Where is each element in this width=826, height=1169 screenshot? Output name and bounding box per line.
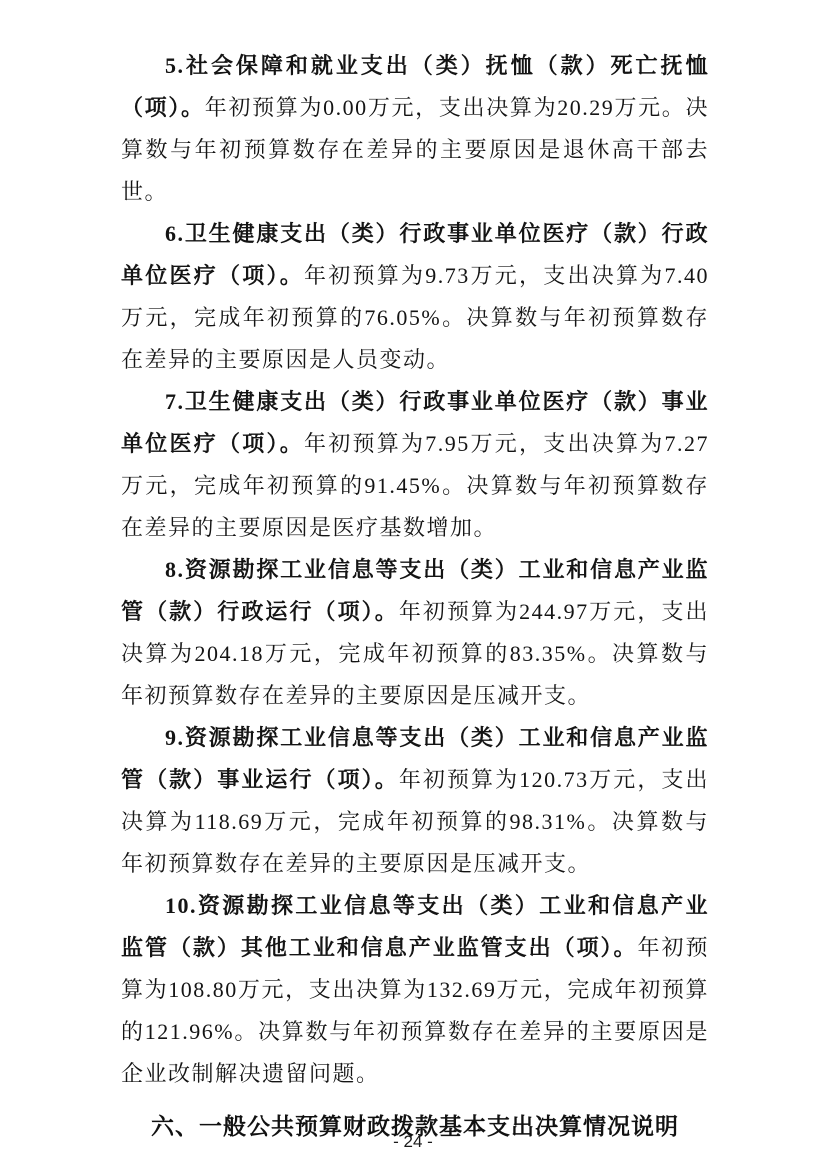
budget-item-10-title: 10.资源勘探工业信息等支出（类）工业和信息产业监管（款）其他工业和信息产业监管… [121,893,709,960]
page-number: - 24 - [0,1132,826,1152]
document-page: 5.社会保障和就业支出（类）抚恤（款）死亡抚恤（项）。年初预算为0.00万元，支… [0,0,826,1169]
budget-item-paragraph-5: 5.社会保障和就业支出（类）抚恤（款）死亡抚恤（项）。年初预算为0.00万元，支… [121,45,709,213]
budget-item-paragraph-9: 9.资源勘探工业信息等支出（类）工业和信息产业监管（款）事业运行（项）。年初预算… [121,717,709,885]
budget-item-paragraph-10: 10.资源勘探工业信息等支出（类）工业和信息产业监管（款）其他工业和信息产业监管… [121,885,709,1095]
document-content: 5.社会保障和就业支出（类）抚恤（款）死亡抚恤（项）。年初预算为0.00万元，支… [0,0,826,1147]
budget-item-5-detail: 年初预算为0.00万元，支出决算为20.29万元。决算数与年初预算数存在差异的主… [121,95,709,204]
budget-item-paragraph-6: 6.卫生健康支出（类）行政事业单位医疗（款）行政单位医疗（项）。年初预算为9.7… [121,213,709,381]
budget-item-paragraph-8: 8.资源勘探工业信息等支出（类）工业和信息产业监管（款）行政运行（项）。年初预算… [121,549,709,717]
budget-item-paragraph-7: 7.卫生健康支出（类）行政事业单位医疗（款）事业单位医疗（项）。年初预算为7.9… [121,381,709,549]
